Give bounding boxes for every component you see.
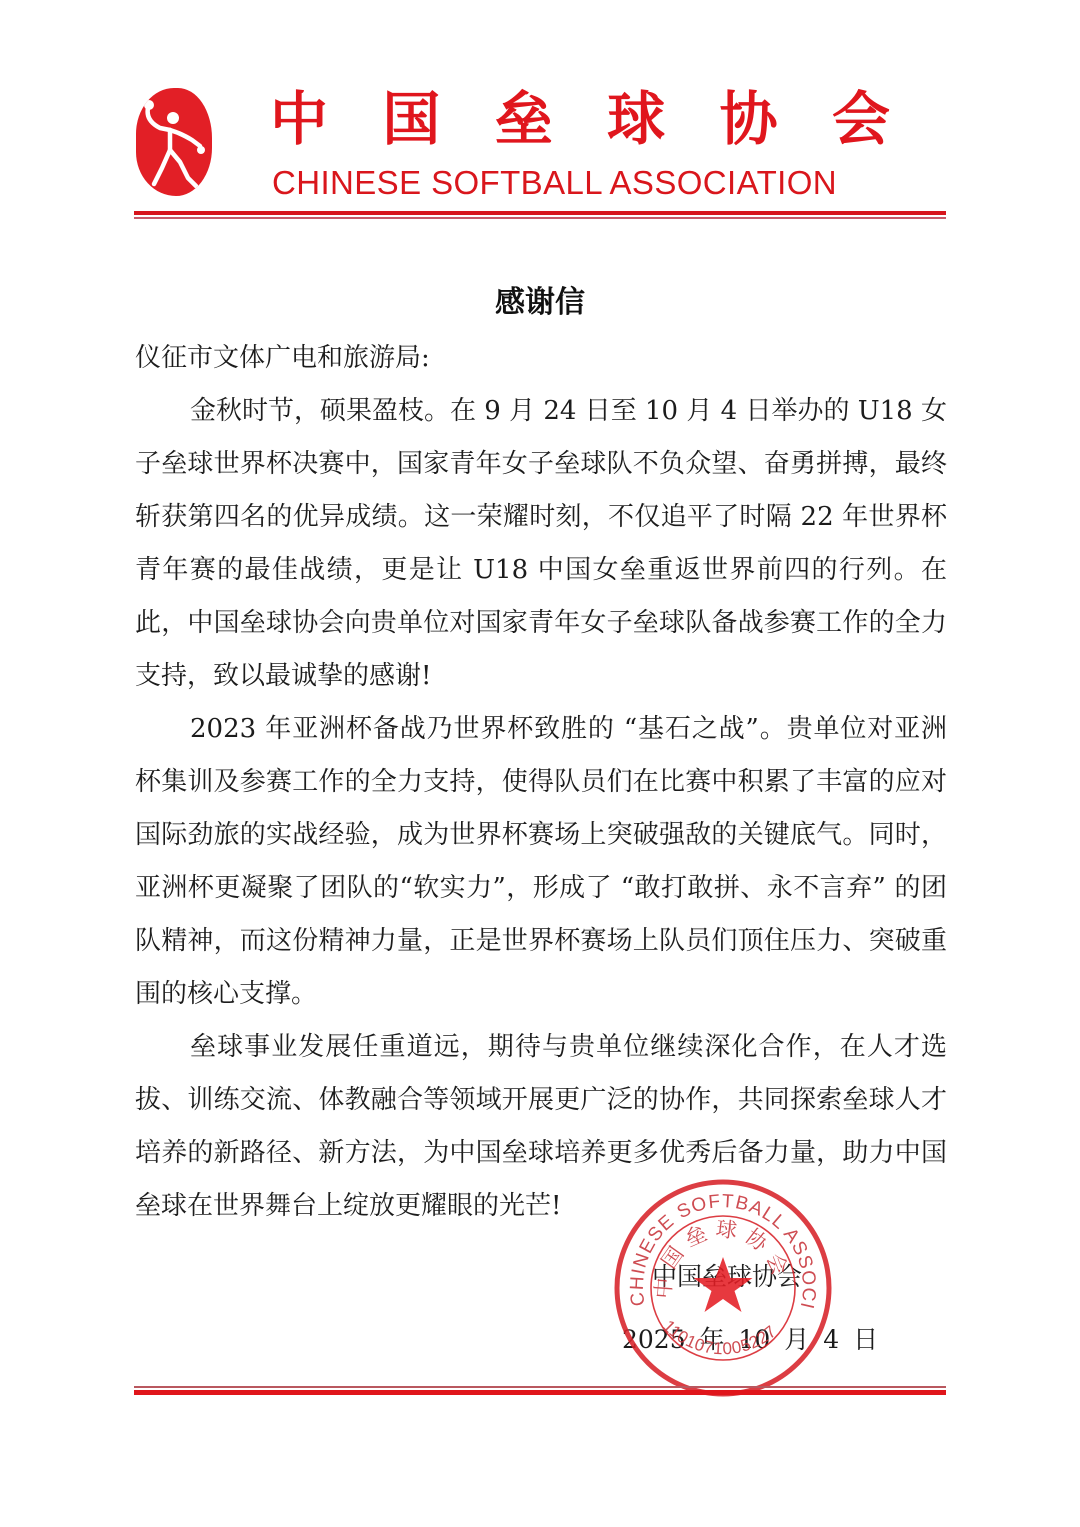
header-divider-thin xyxy=(134,217,946,219)
name-char: 会 xyxy=(832,84,890,154)
seal-number: 1101071005227 xyxy=(659,1316,780,1358)
association-logo xyxy=(136,88,212,196)
seal-icon: CHINESE SOFTBALL ASSOCIATION 中国垒球协会 1101… xyxy=(612,1177,834,1399)
softball-pitcher-icon xyxy=(136,88,212,196)
name-char: 球 xyxy=(607,84,665,154)
paragraph: 2023 年亚洲杯备战乃世界杯致胜的 “基石之战”。贵单位对亚洲杯集训及参赛工作… xyxy=(135,703,947,1021)
footer-divider xyxy=(134,1390,946,1395)
association-name-cn: 中 国 垒 球 协 会 xyxy=(270,84,890,154)
name-char: 中 xyxy=(270,84,328,154)
svg-text:1101071005227: 1101071005227 xyxy=(659,1316,780,1358)
letter-title: 感谢信 xyxy=(0,281,1080,325)
official-seal: CHINESE SOFTBALL ASSOCIATION 中国垒球协会 1101… xyxy=(612,1177,834,1399)
letter-body: 仪征市文体广电和旅游局: 金秋时节，硕果盈枝。在 9 月 24 日至 10 月 … xyxy=(135,332,947,1233)
name-char: 国 xyxy=(382,84,440,154)
paragraph: 金秋时节，硕果盈枝。在 9 月 24 日至 10 月 4 日举办的 U18 女子… xyxy=(135,385,947,703)
name-char: 垒 xyxy=(495,84,553,154)
footer-divider-thin xyxy=(134,1386,946,1388)
salutation: 仪征市文体广电和旅游局: xyxy=(135,332,947,385)
association-name-en: CHINESE SOFTBALL ASSOCIATION xyxy=(272,163,898,203)
star-icon xyxy=(694,1257,753,1312)
header-divider xyxy=(134,211,946,215)
name-char: 协 xyxy=(720,84,778,154)
